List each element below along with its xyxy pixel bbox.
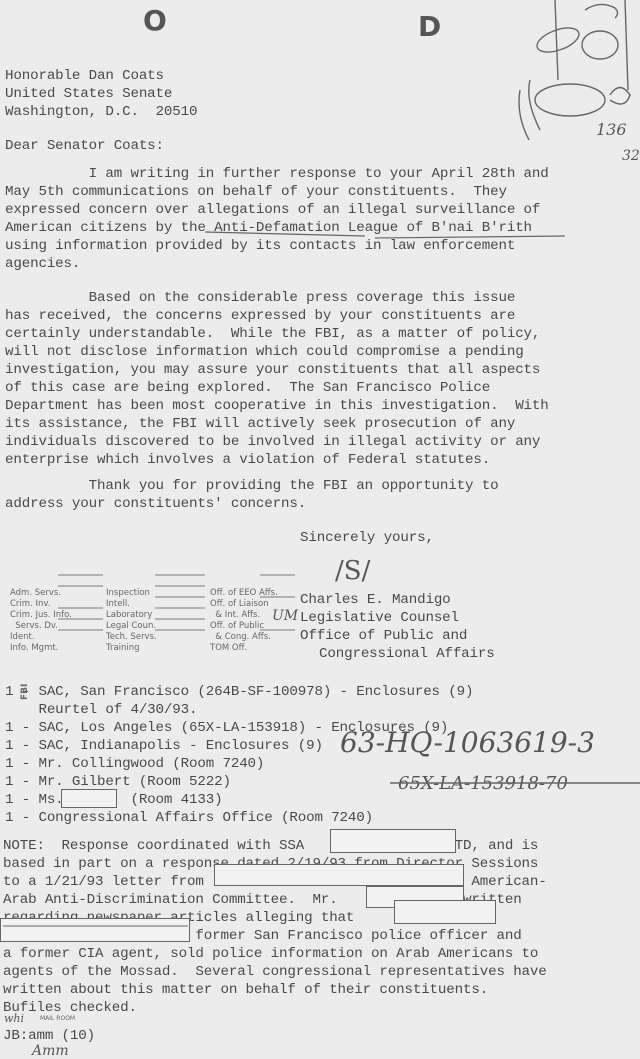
hole-mark-right: D bbox=[418, 10, 441, 43]
redaction-box bbox=[61, 789, 117, 808]
redaction-box bbox=[0, 918, 190, 942]
fbi-stamp: FBI bbox=[20, 684, 31, 700]
distribution-item: 1 - Mr. Collingwood (Room 7240) bbox=[5, 756, 264, 772]
distribution-item: 1 - Mr. Gilbert (Room 5222) bbox=[5, 774, 231, 790]
signer-office-2: Congressional Affairs bbox=[319, 646, 495, 662]
distribution-item: 1 - SAC, San Francisco (264B-SF-100978) … bbox=[5, 684, 473, 700]
handwritten-file-number: 63-HQ-1063619-3 bbox=[340, 726, 595, 759]
handwritten-underline-icon bbox=[195, 228, 575, 248]
handwritten-number: 32 bbox=[622, 148, 640, 164]
handwritten-number: 136 bbox=[596, 120, 627, 139]
distribution-item: Reurtel of 4/30/93. bbox=[5, 702, 197, 718]
address-org: United States Senate bbox=[5, 86, 172, 102]
hole-mark-left: O bbox=[143, 4, 167, 37]
typist-reference: JB:amm (10) bbox=[3, 1028, 95, 1044]
redaction-box bbox=[394, 900, 496, 924]
signer-name: Charles E. Mandigo bbox=[300, 592, 451, 608]
signer-office: Office of Public and bbox=[300, 628, 467, 644]
closing: Sincerely yours, bbox=[300, 530, 434, 546]
salutation: Dear Senator Coats: bbox=[5, 138, 164, 154]
distribution-item: 1 - Congressional Affairs Office (Room 7… bbox=[5, 810, 373, 826]
routing-blank-lines-icon bbox=[55, 572, 305, 642]
distribution-item: 1 - SAC, Indianapolis - Enclosures (9) bbox=[5, 738, 323, 754]
handwritten-initials: UM bbox=[272, 608, 298, 624]
mail-room-stamp: MAIL ROOM bbox=[40, 1013, 75, 1024]
redaction-box bbox=[330, 829, 456, 853]
handwritten-initials: Amm bbox=[32, 1043, 69, 1059]
redaction-box bbox=[214, 864, 464, 886]
underline-icon bbox=[3, 923, 203, 929]
signature-mark: /S/ bbox=[335, 556, 370, 586]
handwritten-mark: whi bbox=[4, 1012, 24, 1025]
letter-page: O D 136 32 Honorable Dan Coats United St… bbox=[0, 0, 640, 1059]
handwritten-scribble-icon bbox=[500, 0, 640, 140]
address-name: Honorable Dan Coats bbox=[5, 68, 164, 84]
signer-title: Legislative Counsel bbox=[300, 610, 459, 626]
strikethrough-line-icon bbox=[390, 778, 640, 788]
address-city: Washington, D.C. 20510 bbox=[5, 104, 197, 120]
